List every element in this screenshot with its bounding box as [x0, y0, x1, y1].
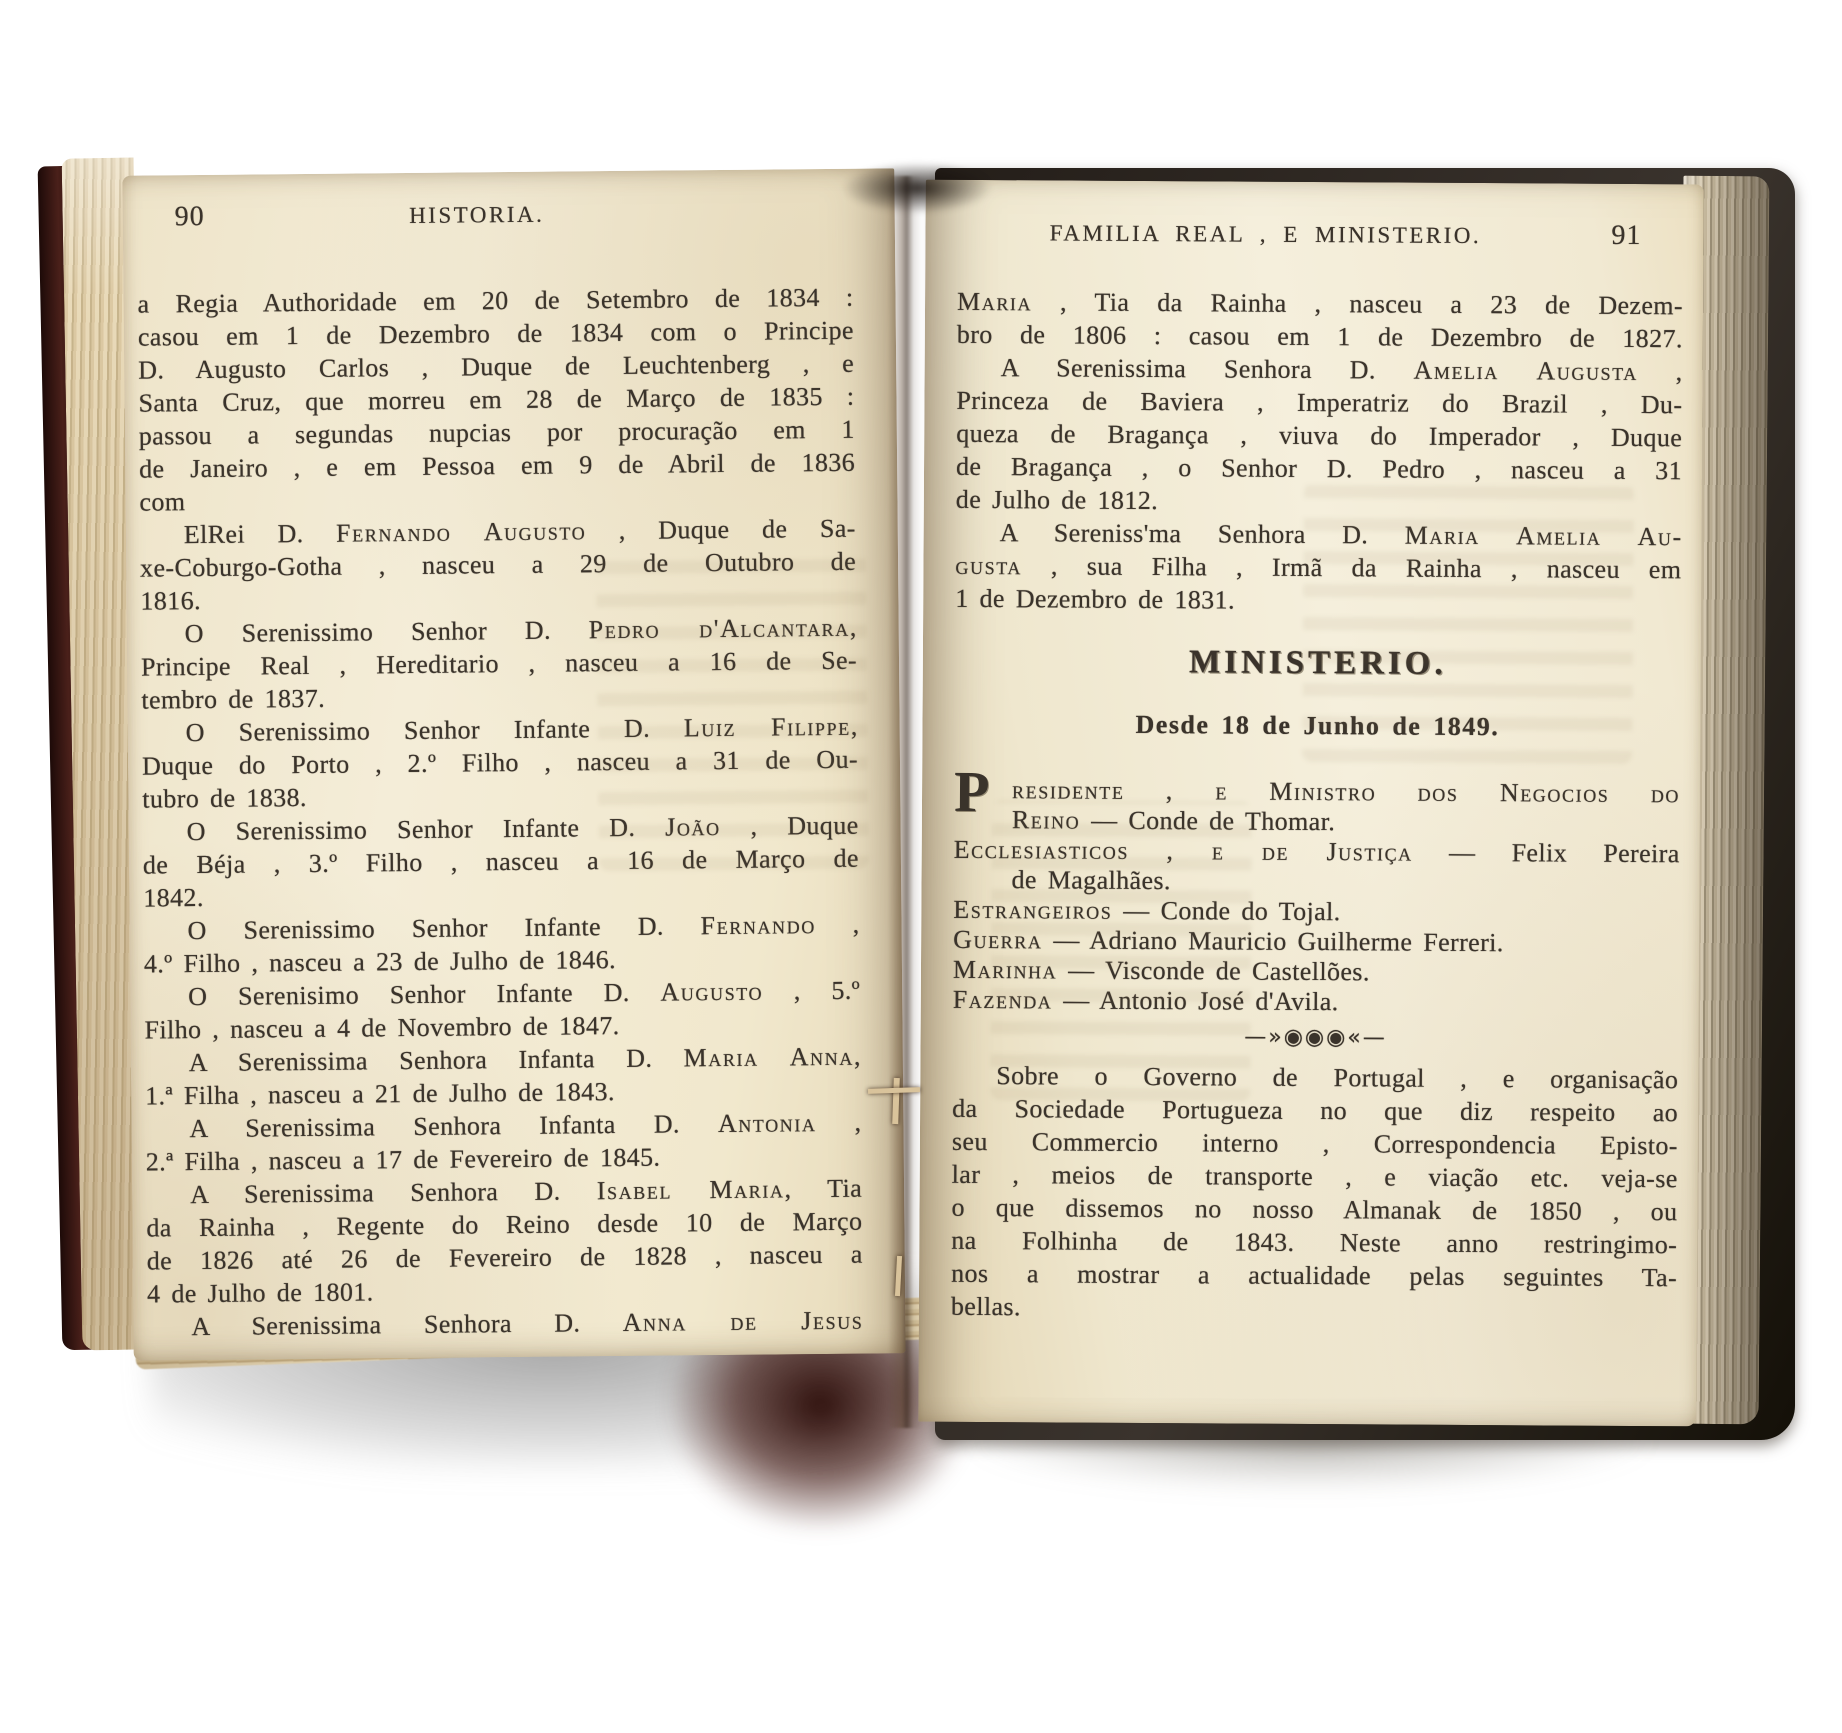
text-line: seu Commercio interno , Correspondencia … — [952, 1125, 1678, 1162]
page-number-right: 91 — [1611, 220, 1641, 252]
text-line: A Serenissima Senhora Infanta D. Antonia… — [145, 1106, 861, 1146]
scanned-book-photo: 90 HISTORIA. a Regia Authoridade em 20 d… — [0, 0, 1842, 1733]
text-line: Maria , Tia da Rainha , nasceu a 23 de D… — [957, 285, 1683, 322]
right-page: FAMILIA REAL , E MINISTERIO. 91 Maria , … — [918, 180, 1704, 1427]
gutter-top-shadow — [842, 162, 992, 214]
text-line: bellas. — [951, 1290, 1677, 1327]
text-line: Princeza de Baviera , Imperatriz do Braz… — [956, 384, 1682, 421]
ghost-showthrough — [596, 539, 869, 872]
ghost-showthrough — [990, 800, 1252, 1102]
left-page: 90 HISTORIA. a Regia Authoridade em 20 d… — [122, 168, 905, 1360]
text-line: nos a mostrar a actualidade pelas seguin… — [951, 1257, 1677, 1294]
ghost-showthrough — [1302, 482, 1634, 764]
text-line: de 1826 até 26 de Fevereiro de 1828 , na… — [147, 1238, 863, 1278]
text-line: queza de Bragança , viuva do Imperador ,… — [956, 417, 1682, 454]
text-line: bro de 1806 : casou em 1 de Dezembro de … — [957, 318, 1683, 355]
text-line: o que dissemos no nosso Almanak de 1850 … — [951, 1191, 1677, 1228]
text-line: na Folhinha de 1843. Neste anno restring… — [951, 1224, 1677, 1261]
text-line: A Serenissima Senhora Infanta D. Maria A… — [145, 1040, 861, 1080]
page-header-left: HISTORIA. — [137, 199, 817, 232]
page-header-right: FAMILIA REAL , E MINISTERIO. — [955, 220, 1575, 250]
text-line: de Janeiro , e em Pessoa em 9 de Abril d… — [139, 446, 855, 486]
text-line: O Serenisimo Senhor Infante D. Augusto ,… — [144, 974, 860, 1014]
book-gutter-fold — [888, 176, 922, 1428]
text-line: A Serenissima Senhora D. Anna de Jesus — [147, 1304, 863, 1344]
text-line: lar , meios de transporte , e viação etc… — [952, 1158, 1678, 1195]
drop-cap-initial: P — [954, 763, 990, 821]
text-line: O Serenissimo Senhor Infante D. Fernando… — [143, 908, 859, 948]
text-line: A Serenissima Senhora D. Amelia Augusta … — [957, 351, 1683, 388]
